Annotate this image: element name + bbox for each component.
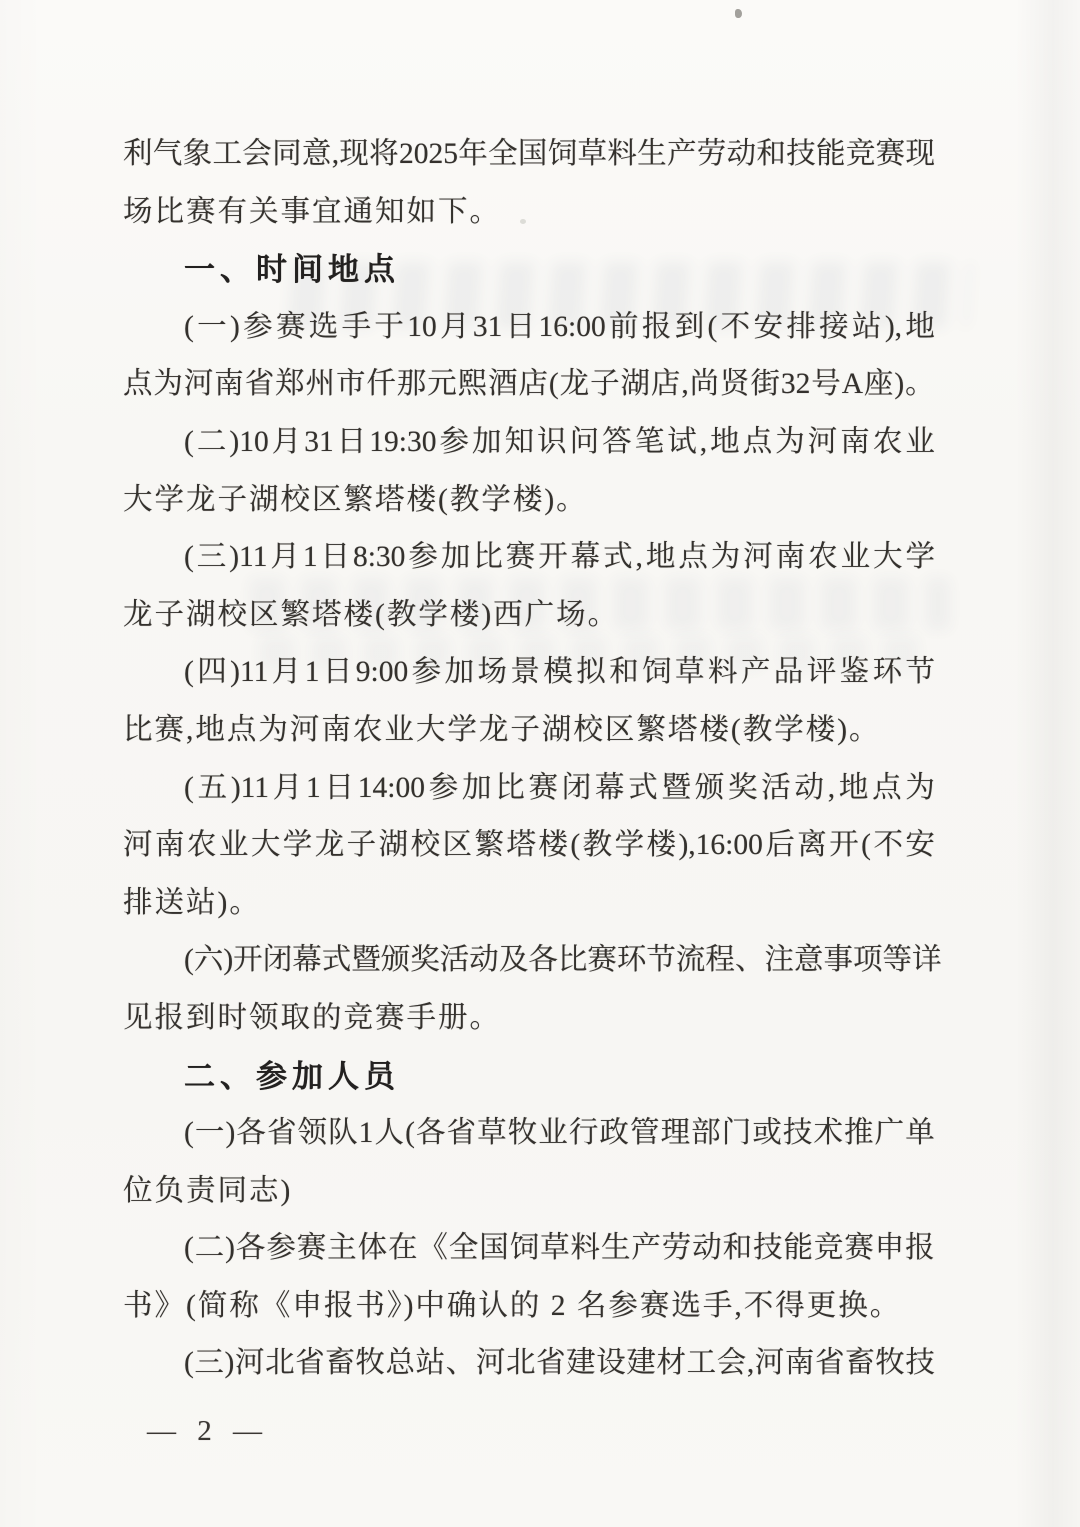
- text-line: 书》(简称《申报书》)中确认的 2 名参赛选手,不得更换。: [123, 1278, 935, 1336]
- section-heading: 一、时间地点: [123, 241, 935, 299]
- text-line: 场比赛有关事宜通知如下。: [123, 184, 935, 242]
- paper-speck: [735, 9, 742, 18]
- text-line: (四)11月1日9:00参加场景模拟和饲草料产品评鉴环节: [123, 644, 935, 702]
- text-line: (三)河北省畜牧总站、河北省建设建材工会,河南省畜牧技: [123, 1335, 935, 1393]
- text-line: (一)各省领队1人(各省草牧业行政管理部门或技术推广单: [123, 1105, 935, 1163]
- text-line: 龙子湖校区繁塔楼(教学楼)西广场。: [123, 587, 935, 645]
- text-line: 排送站)。: [123, 875, 935, 933]
- document-body: 利气象工会同意,现将2025年全国饲草料生产劳动和技能竞赛现场比赛有关事宜通知如…: [123, 126, 935, 1393]
- section-heading: 二、参加人员: [123, 1048, 935, 1106]
- document-page: 利气象工会同意,现将2025年全国饲草料生产劳动和技能竞赛现场比赛有关事宜通知如…: [0, 0, 1080, 1527]
- text-line: (五)11月1日14:00参加比赛闭幕式暨颁奖活动,地点为: [123, 760, 935, 818]
- text-line: (三)11月1日8:30参加比赛开幕式,地点为河南农业大学: [123, 529, 935, 587]
- text-line: 点为河南省郑州市仟那元熙酒店(龙子湖店,尚贤街32号A座)。: [123, 356, 935, 414]
- text-line: (二)10月31日19:30参加知识问答笔试,地点为河南农业: [123, 414, 935, 472]
- text-line: 大学龙子湖校区繁塔楼(教学楼)。: [123, 472, 935, 530]
- page-number: — 2 —: [147, 1406, 269, 1456]
- text-line: 利气象工会同意,现将2025年全国饲草料生产劳动和技能竞赛现: [123, 126, 935, 184]
- text-line: 比赛,地点为河南农业大学龙子湖校区繁塔楼(教学楼)。: [123, 702, 935, 760]
- text-line: 河南农业大学龙子湖校区繁塔楼(教学楼),16:00后离开(不安: [123, 817, 935, 875]
- text-line: (一)参赛选手于10月31日16:00前报到(不安排接站),地: [123, 299, 935, 357]
- text-line: (二)各参赛主体在《全国饲草料生产劳动和技能竞赛申报: [123, 1220, 935, 1278]
- text-line: 位负责同志): [123, 1163, 935, 1221]
- text-line: (六)开闭幕式暨颁奖活动及各比赛环节流程、注意事项等详: [123, 932, 935, 990]
- text-line: 见报到时领取的竞赛手册。: [123, 990, 935, 1048]
